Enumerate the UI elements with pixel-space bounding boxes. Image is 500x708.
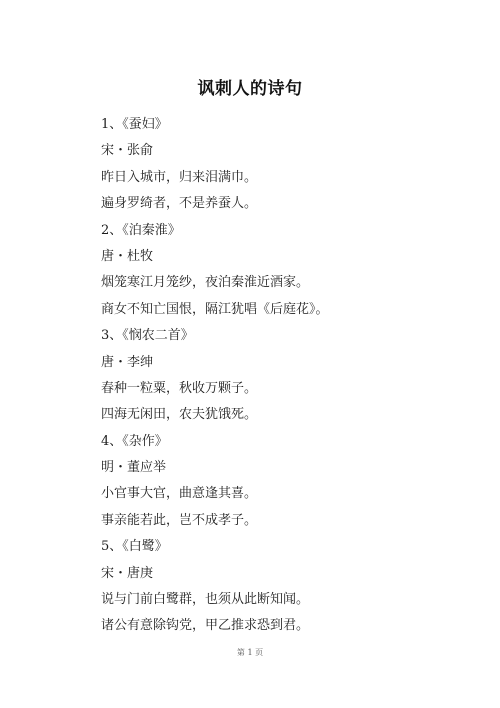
poem-line: 昨日入城市，归来泪满巾。	[101, 165, 421, 191]
document-page: 讽刺人的诗句 1、《蚕妇》 宋・张俞 昨日入城市，归来泪满巾。 遍身罗绮者，不是…	[0, 0, 500, 708]
poem-1: 1、《蚕妇》 宋・张俞 昨日入城市，归来泪满巾。 遍身罗绮者，不是养蚕人。	[101, 112, 421, 218]
poem-line: 小官事大官，曲意逢其喜。	[101, 481, 421, 507]
poem-author: 明・董应举	[101, 455, 421, 481]
poem-3: 3、《悯农二首》 唐・李绅 春种一粒粟，秋收万颗子。 四海无闲田，农夫犹饿死。	[101, 323, 421, 429]
poem-line: 商女不知亡国恨，隔江犹唱《后庭花》。	[101, 297, 421, 323]
page-title: 讽刺人的诗句	[0, 74, 500, 99]
poem-line: 春种一粒粟，秋收万颗子。	[101, 376, 421, 402]
poem-heading: 2、《泊秦淮》	[101, 218, 421, 244]
poem-author: 宋・唐庚	[101, 561, 421, 587]
poem-line: 四海无闲田，农夫犹饿死。	[101, 402, 421, 428]
poem-4: 4、《杂作》 明・董应举 小官事大官，曲意逢其喜。 事亲能若此，岂不成孝子。	[101, 429, 421, 535]
poem-list: 1、《蚕妇》 宋・张俞 昨日入城市，归来泪满巾。 遍身罗绮者，不是养蚕人。 2、…	[101, 112, 421, 640]
poem-heading: 3、《悯农二首》	[101, 323, 421, 349]
poem-author: 宋・张俞	[101, 138, 421, 164]
poem-heading: 1、《蚕妇》	[101, 112, 421, 138]
poem-line: 事亲能若此，岂不成孝子。	[101, 508, 421, 534]
poem-2: 2、《泊秦淮》 唐・杜牧 烟笼寒江月笼纱，夜泊秦淮近酒家。 商女不知亡国恨，隔江…	[101, 218, 421, 324]
poem-author: 唐・杜牧	[101, 244, 421, 270]
poem-heading: 4、《杂作》	[101, 429, 421, 455]
page-number: 第 1 页	[0, 647, 500, 658]
poem-5: 5、《白鹭》 宋・唐庚 说与门前白鹭群，也须从此断知闻。 诸公有意除钩党，甲乙推…	[101, 534, 421, 640]
poem-line: 烟笼寒江月笼纱，夜泊秦淮近酒家。	[101, 270, 421, 296]
poem-heading: 5、《白鹭》	[101, 534, 421, 560]
poem-line: 说与门前白鹭群，也须从此断知闻。	[101, 587, 421, 613]
poem-line: 诸公有意除钩党，甲乙推求恐到君。	[101, 613, 421, 639]
poem-line: 遍身罗绮者，不是养蚕人。	[101, 191, 421, 217]
poem-author: 唐・李绅	[101, 350, 421, 376]
